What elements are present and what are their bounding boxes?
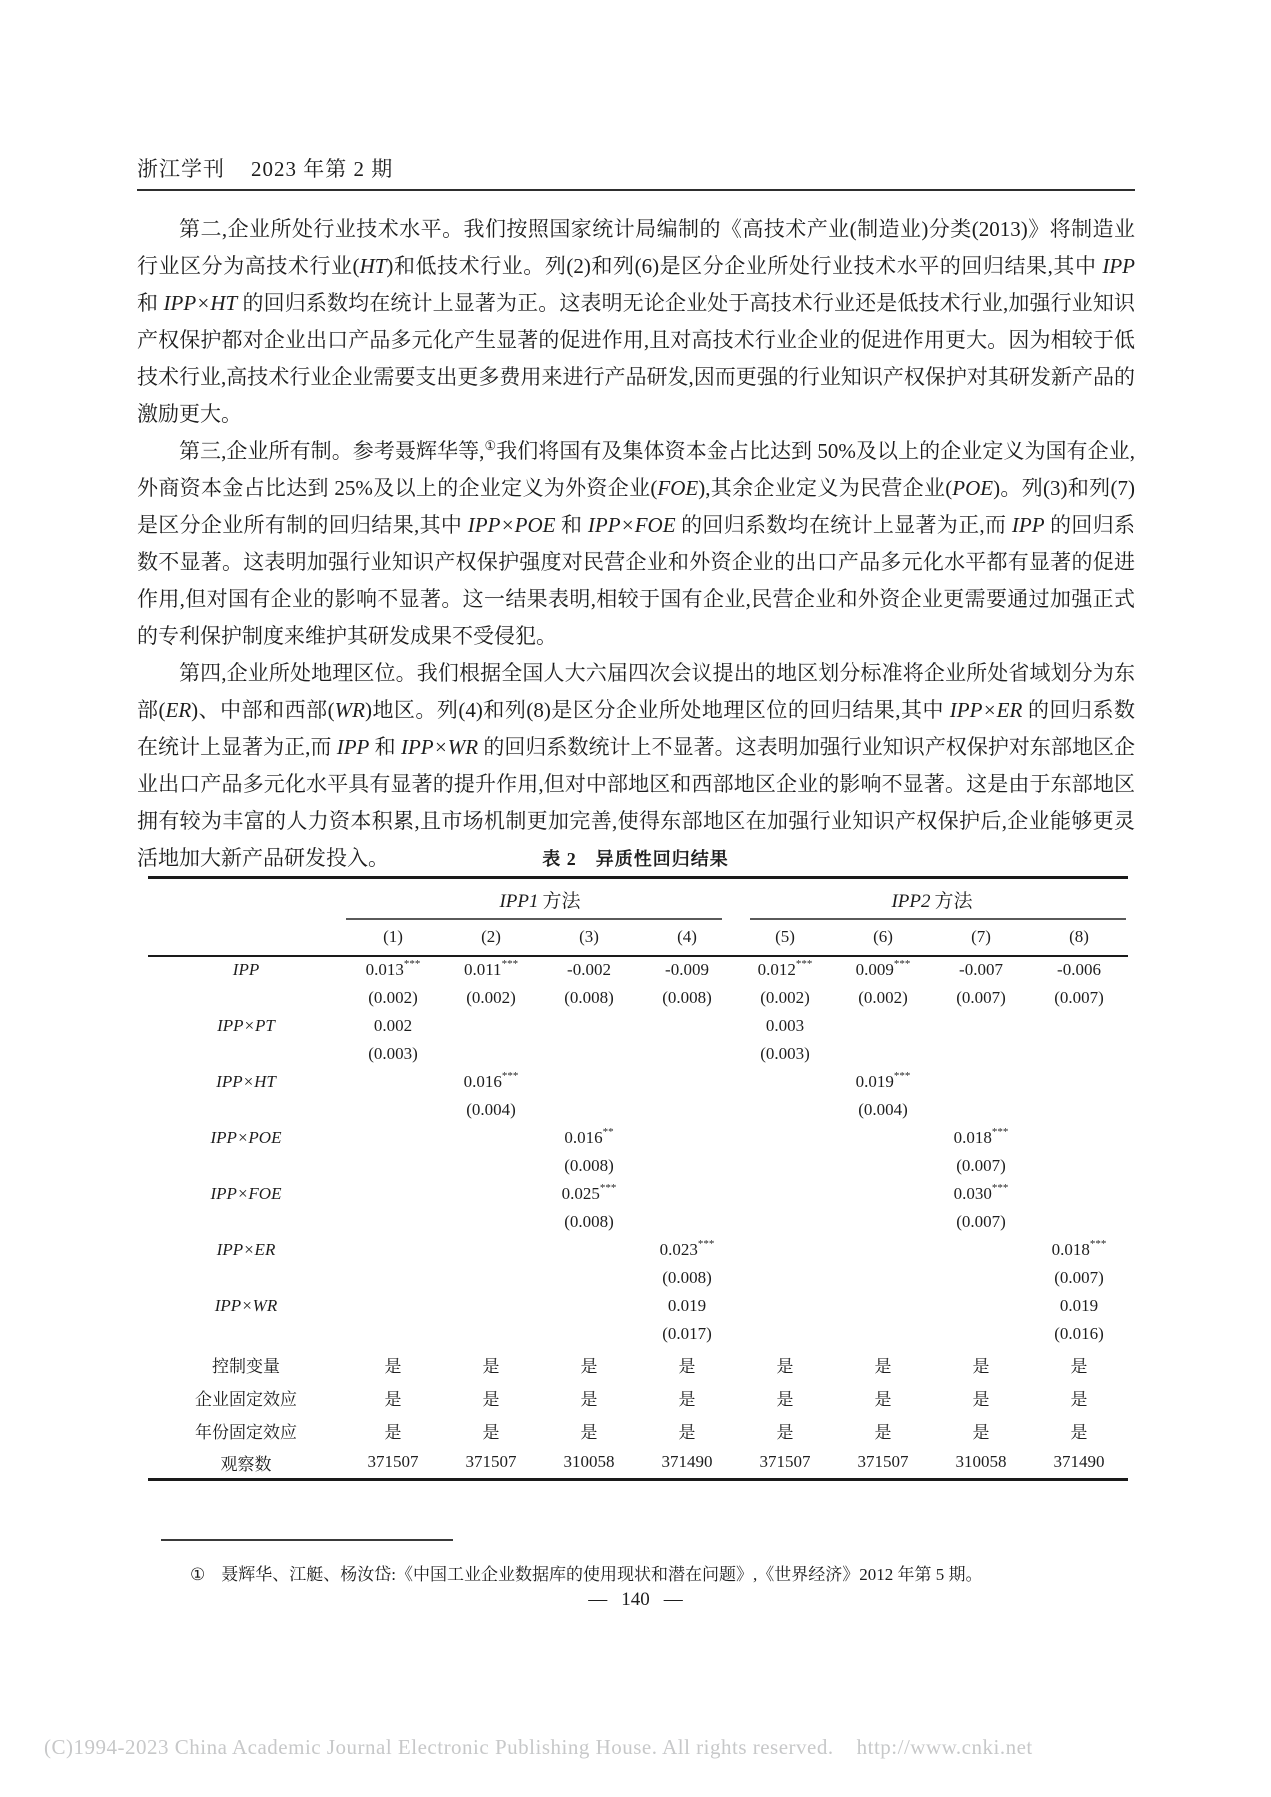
- significance-stars: ***: [992, 1126, 1009, 1138]
- corner-cell: [148, 878, 344, 920]
- table-cell: [736, 1208, 834, 1236]
- table-cell: 是: [638, 1414, 736, 1447]
- row-label: 观察数: [148, 1447, 344, 1480]
- table-cell: [442, 1236, 540, 1264]
- table-cell: 0.025***: [540, 1180, 638, 1208]
- significance-stars: ***: [600, 1182, 617, 1194]
- table-header: IPP1方法IPP2方法(1)(2)(3)(4)(5)(6)(7)(8): [148, 878, 1128, 956]
- row-label: [148, 984, 344, 1012]
- row-label: 控制变量: [148, 1348, 344, 1381]
- table-cell: 是: [638, 1348, 736, 1381]
- table-cell: [736, 1152, 834, 1180]
- column-header: (8): [1030, 920, 1128, 956]
- footnote-divider: [161, 1539, 453, 1541]
- table-cell: [344, 1320, 442, 1348]
- group-header-row: IPP1方法IPP2方法: [148, 878, 1128, 920]
- significance-stars: ***: [992, 1182, 1009, 1194]
- table-cell: [834, 1264, 932, 1292]
- table-cell: [1030, 1040, 1128, 1068]
- table-cell: 是: [834, 1381, 932, 1414]
- text-run: 的回归系数均在统计上显著为正,而: [676, 513, 1012, 537]
- row-label: [148, 1320, 344, 1348]
- table-cell: 是: [344, 1414, 442, 1447]
- table-cell: 是: [442, 1414, 540, 1447]
- table-cell: [540, 1292, 638, 1320]
- column-header: (7): [932, 920, 1030, 956]
- table-cell: [540, 1236, 638, 1264]
- table-cell: 是: [540, 1348, 638, 1381]
- variable-name: IPP×ER: [950, 698, 1022, 722]
- table-cell: (0.003): [344, 1040, 442, 1068]
- table-cell: 310058: [540, 1447, 638, 1480]
- table-cell: [1030, 1124, 1128, 1152]
- table-cell: 0.019: [1030, 1292, 1128, 1320]
- page-number-dash-left: —: [588, 1589, 607, 1610]
- table-cell: 是: [442, 1381, 540, 1414]
- footnote-ref: ①: [484, 438, 496, 453]
- footnote-marker: ①: [190, 1565, 205, 1584]
- group-method-name: IPP2: [891, 891, 930, 912]
- row-label: IPP×FOE: [148, 1180, 344, 1208]
- table-cell: [834, 1040, 932, 1068]
- significance-stars: ***: [404, 958, 421, 970]
- table-cell: 0.011***: [442, 956, 540, 984]
- table-cell: [736, 1068, 834, 1096]
- row-label: IPP×PT: [148, 1012, 344, 1040]
- table-row: IPP×HT0.016***0.019***: [148, 1068, 1128, 1096]
- table-cell: [442, 1180, 540, 1208]
- table-cell: [736, 1236, 834, 1264]
- table-cell: 371507: [736, 1447, 834, 1480]
- table-cell: [638, 1124, 736, 1152]
- table-cell: (0.003): [736, 1040, 834, 1068]
- table-cell: (0.002): [344, 984, 442, 1012]
- table-row: (0.008)(0.007): [148, 1264, 1128, 1292]
- table-cell: [442, 1152, 540, 1180]
- table-cell: (0.008): [638, 984, 736, 1012]
- significance-stars: ***: [894, 1070, 911, 1082]
- column-header: (4): [638, 920, 736, 956]
- text-run: 和: [137, 291, 164, 315]
- table-cell: [442, 1264, 540, 1292]
- column-header: (1): [344, 920, 442, 956]
- footnote: ①聂辉华、江艇、杨汝岱:《中国工业企业数据库的使用现状和潜在问题》,《世界经济》…: [190, 1560, 1131, 1585]
- table-cell: 是: [834, 1348, 932, 1381]
- row-label: IPP×HT: [148, 1068, 344, 1096]
- table-cell: 0.018***: [932, 1124, 1030, 1152]
- table-cell: [1030, 1180, 1128, 1208]
- text-run: )、中部和西部(: [191, 698, 334, 722]
- column-header: (6): [834, 920, 932, 956]
- table-cell: 是: [1030, 1381, 1128, 1414]
- copyright-watermark: (C)1994-2023 China Academic Journal Elec…: [44, 1735, 1033, 1760]
- table-cell: [344, 1180, 442, 1208]
- table-cell: 371507: [834, 1447, 932, 1480]
- table-cell: [442, 1320, 540, 1348]
- column-header: (3): [540, 920, 638, 956]
- significance-stars: ***: [1090, 1238, 1107, 1250]
- table-row: 企业固定效应是是是是是是是是: [148, 1381, 1128, 1414]
- table-cell: [540, 1068, 638, 1096]
- variable-name: IPP×POE: [468, 513, 556, 537]
- group-header: IPP2方法: [736, 878, 1128, 920]
- header-divider: [137, 189, 1135, 191]
- significance-stars: ***: [796, 958, 813, 970]
- table-cell: (0.007): [932, 1152, 1030, 1180]
- variable-name: POE: [952, 476, 993, 500]
- table-cell: 是: [540, 1414, 638, 1447]
- page-number-dash-right: —: [664, 1589, 683, 1610]
- table-cell: [638, 1068, 736, 1096]
- significance-stars: **: [603, 1126, 614, 1138]
- row-label: IPP: [148, 956, 344, 984]
- text-run: ),其余企业定义为民营企业(: [698, 476, 952, 500]
- table-cell: (0.004): [834, 1096, 932, 1124]
- variable-name: ER: [166, 698, 192, 722]
- table-cell: 是: [344, 1348, 442, 1381]
- table-cell: 是: [1030, 1414, 1128, 1447]
- table-rows: IPP0.013***0.011***-0.002-0.0090.012***0…: [148, 956, 1128, 1480]
- page-number: —140—: [0, 1589, 1271, 1611]
- table-caption: 表 2 异质性回归结果: [0, 845, 1271, 871]
- table-row: (0.003)(0.003): [148, 1040, 1128, 1068]
- table-cell: 0.003: [736, 1012, 834, 1040]
- table-cell: 0.019***: [834, 1068, 932, 1096]
- table-cell: (0.007): [932, 1208, 1030, 1236]
- table-cell: [834, 1292, 932, 1320]
- table-cell: (0.002): [442, 984, 540, 1012]
- table-cell: 是: [736, 1348, 834, 1381]
- table-cell: [834, 1124, 932, 1152]
- table-cell: 是: [1030, 1348, 1128, 1381]
- row-label: [148, 1152, 344, 1180]
- paragraph: 第二,企业所处行业技术水平。我们按照国家统计局编制的《高技术产业(制造业)分类(…: [137, 211, 1135, 433]
- paragraph: 第四,企业所处地理区位。我们根据全国人大六届四次会议提出的地区划分标准将企业所处…: [137, 655, 1135, 877]
- table-cell: (0.002): [834, 984, 932, 1012]
- table-cell: [834, 1320, 932, 1348]
- text-run: 和: [369, 735, 401, 759]
- table-cell: (0.004): [442, 1096, 540, 1124]
- significance-stars: ***: [502, 1070, 519, 1082]
- table-cell: [442, 1040, 540, 1068]
- row-label: 年份固定效应: [148, 1414, 344, 1447]
- table-cell: [932, 1040, 1030, 1068]
- table-cell: [932, 1320, 1030, 1348]
- table-cell: 371490: [638, 1447, 736, 1480]
- footnote-text: 聂辉华、江艇、杨汝岱:《中国工业企业数据库的使用现状和潜在问题》,《世界经济》2…: [221, 1565, 982, 1584]
- table-cell: 0.016***: [442, 1068, 540, 1096]
- table-cell: (0.008): [540, 1152, 638, 1180]
- table-cell: [540, 1012, 638, 1040]
- table-cell: 0.016**: [540, 1124, 638, 1152]
- table-cell: [1030, 1208, 1128, 1236]
- table-row: (0.017)(0.016): [148, 1320, 1128, 1348]
- page-number-value: 140: [621, 1589, 650, 1610]
- table-cell: -0.009: [638, 956, 736, 984]
- table-cell: (0.007): [1030, 1264, 1128, 1292]
- corner-cell: [148, 920, 344, 956]
- table-cell: [344, 1152, 442, 1180]
- row-label: IPP×WR: [148, 1292, 344, 1320]
- table-cell: [834, 1012, 932, 1040]
- table-cell: [834, 1152, 932, 1180]
- table-cell: [638, 1096, 736, 1124]
- table-cell: 是: [638, 1381, 736, 1414]
- variable-name: IPP: [1102, 254, 1135, 278]
- table-cell: 310058: [932, 1447, 1030, 1480]
- variable-name: HT: [360, 254, 387, 278]
- table-cell: [834, 1180, 932, 1208]
- table-cell: [1030, 1068, 1128, 1096]
- table-cell: 是: [932, 1414, 1030, 1447]
- table-cell: [540, 1264, 638, 1292]
- table-cell: (0.007): [932, 984, 1030, 1012]
- table-cell: [344, 1236, 442, 1264]
- table-cell: 是: [932, 1381, 1030, 1414]
- variable-name: IPP: [1012, 513, 1045, 537]
- row-label: IPP×POE: [148, 1124, 344, 1152]
- table-cell: 0.009***: [834, 956, 932, 984]
- table-cell: [344, 1096, 442, 1124]
- table-cell: [834, 1208, 932, 1236]
- table-cell: [638, 1180, 736, 1208]
- table-cell: [932, 1236, 1030, 1264]
- row-label: [148, 1040, 344, 1068]
- variable-name: IPP×HT: [164, 291, 238, 315]
- article-body: 第二,企业所处行业技术水平。我们按照国家统计局编制的《高技术产业(制造业)分类(…: [137, 211, 1135, 877]
- table-row: IPP×FOE0.025***0.030***: [148, 1180, 1128, 1208]
- table-cell: 是: [736, 1381, 834, 1414]
- table-cell: (0.016): [1030, 1320, 1128, 1348]
- table-row: (0.002)(0.002)(0.008)(0.008)(0.002)(0.00…: [148, 984, 1128, 1012]
- table-cell: [344, 1124, 442, 1152]
- text-run: )地区。列(4)和列(8)是区分企业所处地理区位的回归结果,其中: [365, 698, 950, 722]
- table-cell: -0.002: [540, 956, 638, 984]
- table-row: (0.008)(0.007): [148, 1208, 1128, 1236]
- table-cell: [344, 1264, 442, 1292]
- row-label: [148, 1208, 344, 1236]
- text-run: 和: [555, 513, 587, 537]
- table-row: IPP×PT0.0020.003: [148, 1012, 1128, 1040]
- text-run: )和低技术行业。列(2)和列(6)是区分企业所处行业技术水平的回归结果,其中: [386, 254, 1102, 278]
- column-number-row: (1)(2)(3)(4)(5)(6)(7)(8): [148, 920, 1128, 956]
- table-cell: (0.008): [638, 1264, 736, 1292]
- table-cell: [638, 1152, 736, 1180]
- table-cell: 是: [834, 1414, 932, 1447]
- table-cell: [736, 1180, 834, 1208]
- table-cell: -0.007: [932, 956, 1030, 984]
- row-label: 企业固定效应: [148, 1381, 344, 1414]
- journal-page: 浙江学刊2023 年第 2 期 第二,企业所处行业技术水平。我们按照国家统计局编…: [0, 0, 1271, 1797]
- column-header: (2): [442, 920, 540, 956]
- table-cell: 是: [540, 1381, 638, 1414]
- row-label: IPP×ER: [148, 1236, 344, 1264]
- table-cell: [344, 1068, 442, 1096]
- significance-stars: ***: [894, 958, 911, 970]
- table-cell: [736, 1096, 834, 1124]
- table-cell: [932, 1264, 1030, 1292]
- journal-title: 浙江学刊: [137, 157, 225, 181]
- variable-name: FOE: [657, 476, 698, 500]
- table-row: 年份固定效应是是是是是是是是: [148, 1414, 1128, 1447]
- table-cell: [638, 1040, 736, 1068]
- table-cell: 0.019: [638, 1292, 736, 1320]
- text-run: 的回归系数均在统计上显著为正。这表明无论企业处于高技术行业还是低技术行业,加强行…: [137, 291, 1135, 426]
- table-cell: [1030, 1012, 1128, 1040]
- table-cell: 0.013***: [344, 956, 442, 984]
- table-cell: [932, 1012, 1030, 1040]
- table-cell: 是: [932, 1348, 1030, 1381]
- table-cell: [638, 1208, 736, 1236]
- variable-name: WR: [335, 698, 365, 722]
- table-cell: 是: [344, 1381, 442, 1414]
- text-run: 第三,企业所有制。参考聂辉华等,: [179, 439, 484, 463]
- paragraph: 第三,企业所有制。参考聂辉华等,①我们将国有及集体资本金占比达到 50%及以上的…: [137, 433, 1135, 655]
- table-cell: [638, 1012, 736, 1040]
- table-cell: [442, 1208, 540, 1236]
- table-row: 控制变量是是是是是是是是: [148, 1348, 1128, 1381]
- variable-name: IPP×FOE: [588, 513, 676, 537]
- table-cell: [344, 1292, 442, 1320]
- table-cell: 0.030***: [932, 1180, 1030, 1208]
- table-cell: [442, 1292, 540, 1320]
- column-header: (5): [736, 920, 834, 956]
- table-cell: 371507: [442, 1447, 540, 1480]
- table-cell: (0.017): [638, 1320, 736, 1348]
- table-cell: 0.018***: [1030, 1236, 1128, 1264]
- table-cell: -0.006: [1030, 956, 1128, 984]
- table-cell: (0.008): [540, 1208, 638, 1236]
- table-cell: [932, 1292, 1030, 1320]
- table-cell: 是: [442, 1348, 540, 1381]
- table-cell: [1030, 1152, 1128, 1180]
- row-label: [148, 1096, 344, 1124]
- table-row: IPP×WR0.0190.019: [148, 1292, 1128, 1320]
- table-cell: [344, 1208, 442, 1236]
- row-label: [148, 1264, 344, 1292]
- significance-stars: ***: [698, 1238, 715, 1250]
- table-cell: [736, 1292, 834, 1320]
- table-row: IPP×POE0.016**0.018***: [148, 1124, 1128, 1152]
- table-cell: [736, 1320, 834, 1348]
- table-row: 观察数3715073715073100583714903715073715073…: [148, 1447, 1128, 1480]
- table-cell: [540, 1040, 638, 1068]
- table-cell: 是: [736, 1414, 834, 1447]
- table-cell: (0.002): [736, 984, 834, 1012]
- group-method-name: IPP1: [499, 891, 538, 912]
- regression-table: IPP1方法IPP2方法(1)(2)(3)(4)(5)(6)(7)(8) IPP…: [148, 876, 1128, 1481]
- variable-name: IPP×WR: [401, 735, 478, 759]
- table-cell: [540, 1096, 638, 1124]
- table-cell: 0.012***: [736, 956, 834, 984]
- table-row: IPP0.013***0.011***-0.002-0.0090.012***0…: [148, 956, 1128, 984]
- journal-issue: 2023 年第 2 期: [251, 157, 393, 181]
- table-cell: 371490: [1030, 1447, 1128, 1480]
- table-cell: [1030, 1096, 1128, 1124]
- table-cell: 371507: [344, 1447, 442, 1480]
- table-cell: (0.008): [540, 984, 638, 1012]
- running-head: 浙江学刊2023 年第 2 期: [137, 153, 393, 183]
- table-cell: [442, 1012, 540, 1040]
- table-row: (0.008)(0.007): [148, 1152, 1128, 1180]
- table-cell: (0.007): [1030, 984, 1128, 1012]
- table-cell: 0.023***: [638, 1236, 736, 1264]
- table-cell: [540, 1320, 638, 1348]
- table-cell: [932, 1096, 1030, 1124]
- table-cell: [834, 1236, 932, 1264]
- table-row: (0.004)(0.004): [148, 1096, 1128, 1124]
- variable-name: IPP: [337, 735, 370, 759]
- table-cell: [932, 1068, 1030, 1096]
- table-cell: 0.002: [344, 1012, 442, 1040]
- table-row: IPP×ER0.023***0.018***: [148, 1236, 1128, 1264]
- table-cell: [442, 1124, 540, 1152]
- group-header: IPP1方法: [344, 878, 736, 920]
- table-cell: [736, 1264, 834, 1292]
- significance-stars: ***: [502, 958, 519, 970]
- table-cell: [736, 1124, 834, 1152]
